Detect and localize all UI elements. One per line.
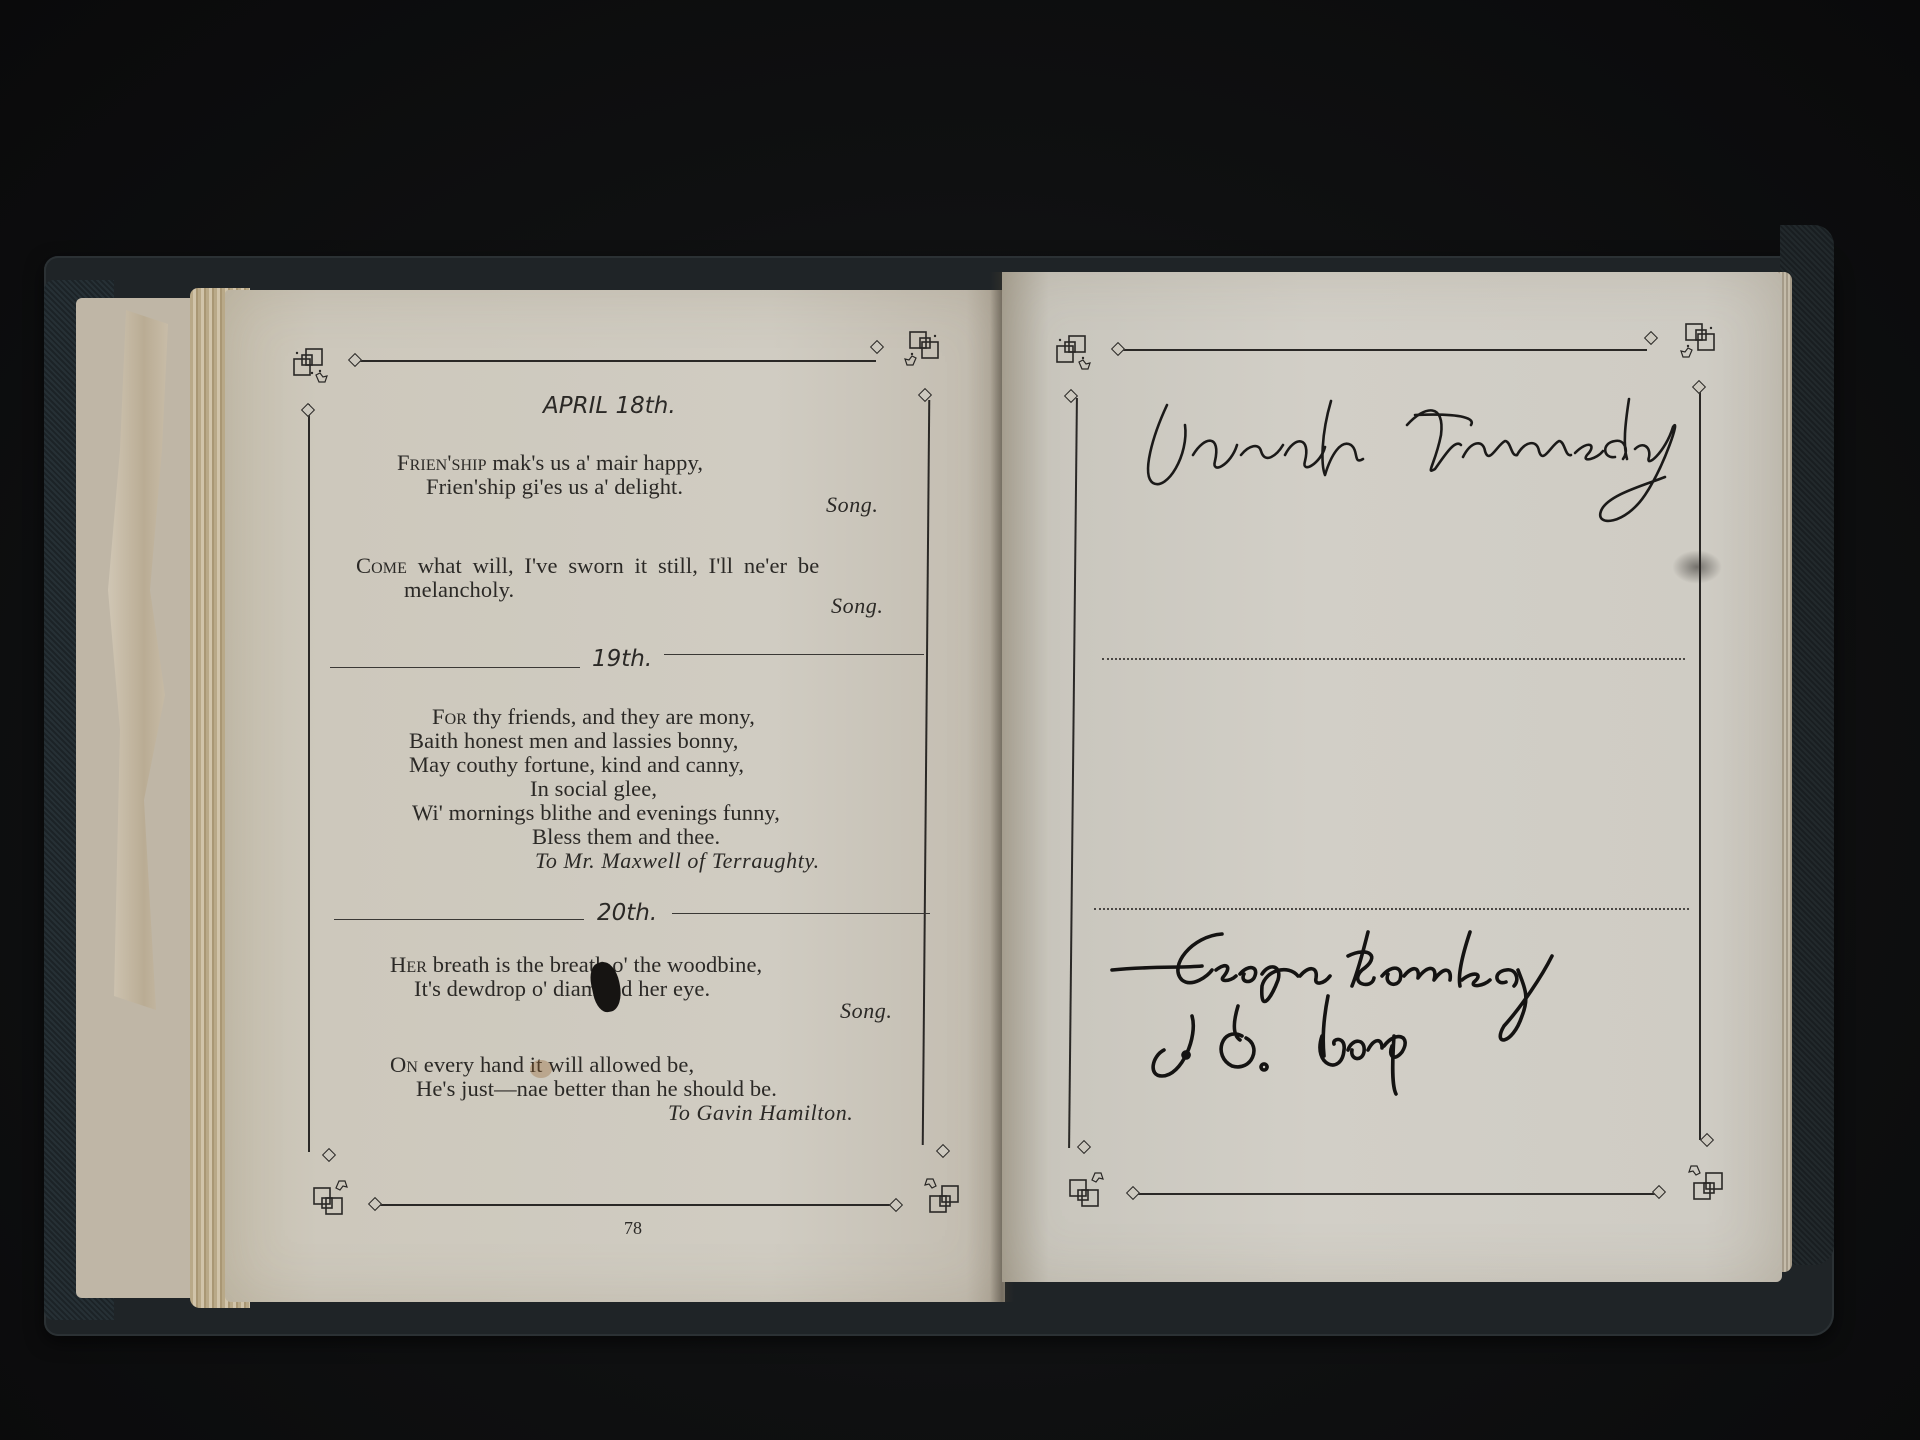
verse-line: Come what will, I've sworn it still, I'l…: [356, 553, 819, 578]
frame-top-rule: [1117, 349, 1647, 351]
verse-line: It's dewdrop o' diamond her eye.: [414, 976, 710, 1001]
date-heading: 20th.: [597, 900, 657, 926]
foxing-stain: [530, 1060, 552, 1078]
verse-line: Frien'ship gi'es us a' delight.: [426, 474, 683, 499]
corner-knot-icon: [290, 345, 338, 393]
signature-sarah-kennedy: [1145, 395, 1705, 525]
verse-lead-word: Frien'ship: [397, 450, 487, 475]
verse-line: For thy friends, and they are mony,: [432, 704, 755, 729]
verse-line: Her breath is the breath o' the woodbine…: [390, 952, 762, 977]
verse-attribution: To Mr. Maxwell of Terraughty.: [535, 848, 820, 874]
ink-smudge: [1672, 550, 1722, 584]
verse-line: Wi' mornings blithe and evenings funny,: [412, 800, 780, 825]
verse-attribution: Song.: [826, 492, 879, 518]
section-divider: [664, 654, 924, 655]
verse-attribution: Song.: [840, 998, 893, 1024]
date-heading: APRIL 18th.: [543, 393, 676, 419]
corner-knot-icon: [1670, 320, 1718, 368]
frame-top-rule: [356, 360, 876, 362]
verse-line: May couthy fortune, kind and canny,: [409, 752, 744, 777]
verse-line: melancholy.: [404, 577, 514, 602]
handwriting-signature-icon: [1112, 926, 1652, 1096]
section-divider: [672, 913, 930, 914]
corner-knot-icon: [1066, 1162, 1114, 1210]
verse-attribution: Song.: [831, 593, 884, 619]
page-number: 78: [624, 1218, 642, 1239]
entry-separator: [1094, 908, 1689, 910]
frame-bottom-rule: [378, 1204, 895, 1206]
date-heading: 19th.: [592, 646, 652, 672]
signature-george-comley: [1112, 926, 1652, 1096]
handwriting-signature-icon: [1145, 395, 1705, 525]
verse-line: Bless them and thee.: [532, 824, 720, 849]
corner-knot-icon: [310, 1170, 358, 1218]
entry-separator: [1102, 658, 1685, 660]
corner-knot-icon: [1678, 1155, 1726, 1203]
frame-left-rule: [308, 404, 310, 1152]
frame-bottom-rule: [1137, 1193, 1657, 1195]
verse-line: In social glee,: [530, 776, 657, 801]
section-divider: [330, 667, 580, 668]
corner-knot-icon: [894, 328, 942, 376]
verse-line: He's just—nae better than he should be.: [416, 1076, 777, 1101]
verse-attribution: To Gavin Hamilton.: [668, 1100, 853, 1126]
corner-knot-icon: [1053, 332, 1101, 380]
corner-knot-icon: [914, 1168, 962, 1216]
section-divider: [334, 919, 584, 920]
verse-line: Baith honest men and lassies bonny,: [409, 728, 739, 753]
verse-line: Frien'ship mak's us a' mair happy,: [397, 450, 703, 475]
